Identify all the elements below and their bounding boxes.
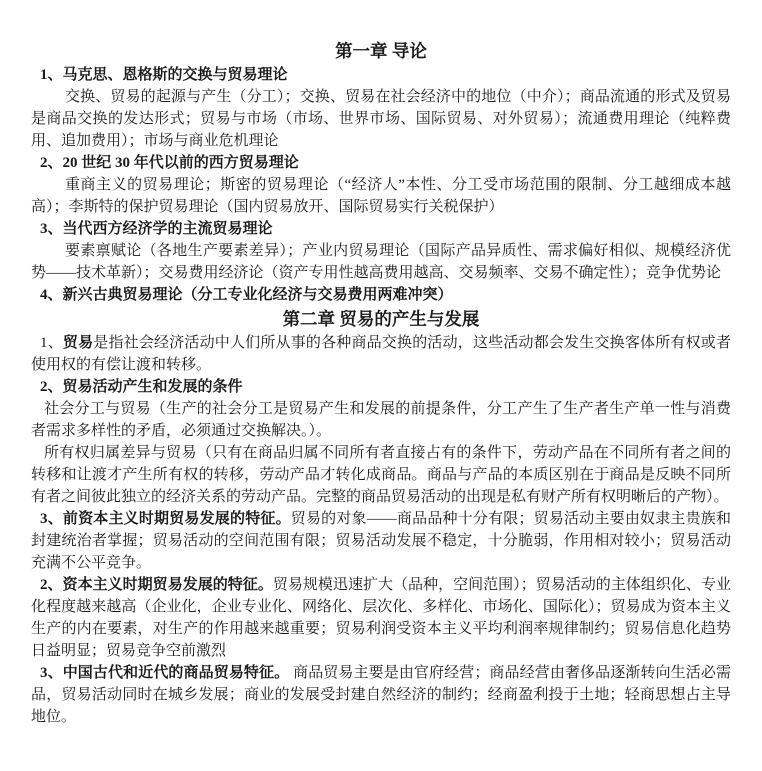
ch1-paragraph-1: 交换、贸易的起源与产生（分工）；交换、贸易在社会经济中的地位（中介）；商品流通的… (31, 86, 731, 152)
text-run: 第二章 贸易的产生与发展 (283, 309, 480, 329)
text-run: 贸易 (63, 335, 93, 351)
ch2-paragraph-division-of-labor: 社会分工与贸易（生产的社会分工是贸易产生和发展的前提条件，分工产生了生产者生产单… (31, 398, 731, 442)
text-run: 要素禀赋论（各地生产要素差异）；产业内贸易理论（国际产品异质性、需求偏好相似、规… (31, 243, 731, 281)
ch2-item-1-definition: 1、贸易是指社会经济活动中人们所从事的各种商品交换的活动，这些活动都会发生交换客… (31, 332, 731, 376)
ch1-paragraph-3: 要素禀赋论（各地生产要素差异）；产业内贸易理论（国际产品异质性、需求偏好相似、规… (31, 240, 731, 284)
text-run: 1、 (40, 335, 63, 351)
ch2-item-pre-capitalism: 3、前资本主义时期贸易发展的特征。贸易的对象——商品品种十分有限；贸易活动主要由… (31, 508, 731, 574)
text-run: 1、马克思、恩格斯的交换与贸易理论 (40, 67, 288, 83)
text-run: 交换、贸易的起源与产生（分工）；交换、贸易在社会经济中的地位（中介）；商品流通的… (31, 89, 731, 149)
text-run: 是指社会经济活动中人们所从事的各种商品交换的活动，这些活动都会发生交换客体所有权… (31, 335, 731, 373)
text-run: 2、贸易活动产生和发展的条件 (40, 379, 243, 395)
text-run: 2、20 世纪 30 年代以前的西方贸易理论 (40, 155, 299, 171)
document-content: 第一章 导论1、马克思、恩格斯的交换与贸易理论交换、贸易的起源与产生（分工）；交… (31, 38, 731, 728)
text-run: 3、当代西方经济学的主流贸易理论 (40, 221, 273, 237)
text-run: 2、资本主义时期贸易发展的特征。 (40, 577, 273, 593)
text-run: 第一章 导论 (335, 41, 427, 61)
text-run: 3、前资本主义时期贸易发展的特征。 (40, 511, 291, 527)
ch1-heading-4: 4、新兴古典贸易理论（分工专业化经济与交易费用两难冲突） (31, 284, 731, 306)
text-run: 重商主义的贸易理论；斯密的贸易理论（“经济人”本性、分工受市场范围的限制、分工越… (31, 177, 731, 215)
text-run: 3、中国古代和近代的商品贸易特征。 (40, 665, 289, 681)
chapter-2-title: 第二章 贸易的产生与发展 (31, 306, 731, 332)
ch1-paragraph-2: 重商主义的贸易理论；斯密的贸易理论（“经济人”本性、分工受市场范围的限制、分工越… (31, 174, 731, 218)
document-page: 第一章 导论1、马克思、恩格斯的交换与贸易理论交换、贸易的起源与产生（分工）；交… (0, 0, 762, 771)
ch2-heading-2: 2、贸易活动产生和发展的条件 (31, 376, 731, 398)
text-run: 社会分工与贸易（生产的社会分工是贸易产生和发展的前提条件，分工产生了生产者生产单… (31, 401, 731, 439)
text-run: 所有权归属差异与贸易（只有在商品归属不同所有者直接占有的条件下，劳动产品在不同所… (31, 445, 731, 505)
ch2-item-china-trade: 3、中国古代和近代的商品贸易特征。 商品贸易主要是由官府经营；商品经营由奢侈品逐… (31, 662, 731, 728)
ch1-heading-3: 3、当代西方经济学的主流贸易理论 (31, 218, 731, 240)
text-run: 4、新兴古典贸易理论（分工专业化经济与交易费用两难冲突） (40, 287, 453, 303)
ch2-item-capitalism: 2、资本主义时期贸易发展的特征。贸易规模迅速扩大（品种，空间范围）；贸易活动的主… (31, 574, 731, 662)
ch1-heading-1: 1、马克思、恩格斯的交换与贸易理论 (31, 64, 731, 86)
chapter-1-title: 第一章 导论 (31, 38, 731, 64)
ch1-heading-2: 2、20 世纪 30 年代以前的西方贸易理论 (31, 152, 731, 174)
ch2-paragraph-ownership: 所有权归属差异与贸易（只有在商品归属不同所有者直接占有的条件下，劳动产品在不同所… (31, 442, 731, 508)
